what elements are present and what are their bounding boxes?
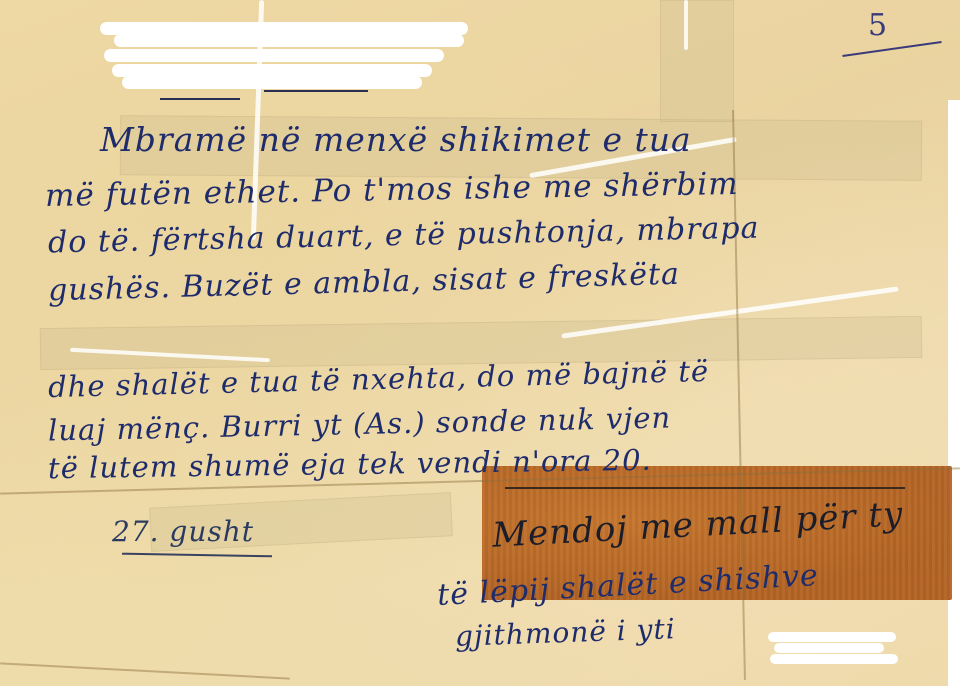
letter-paper: 5 Mbramë në menxë shikimet e tua më futë… xyxy=(0,0,960,686)
date-underline xyxy=(122,553,272,558)
greeting-redaction xyxy=(100,18,470,88)
body-line: gushës. Buzët e ambla, sisat e freskëta xyxy=(48,257,681,309)
greeting-underline xyxy=(264,90,368,92)
body-line: Mbramë në menxë shikimet e tua xyxy=(100,120,692,159)
body-line: do të. fërtsha duart, e të pushtonja, mb… xyxy=(48,211,760,261)
greeting-underline xyxy=(160,98,240,100)
repair-tape xyxy=(660,0,734,122)
separator-line xyxy=(505,487,905,489)
body-line: luaj mënç. Burri yt (As.) sonde nuk vjen xyxy=(48,400,672,447)
page-number: 5 xyxy=(868,8,888,43)
letter-date: 27. gusht xyxy=(112,515,254,548)
page-number-underline xyxy=(842,41,941,57)
closing-line: gjithmonë i yti xyxy=(454,612,676,653)
fold-line xyxy=(0,662,290,679)
signature-redaction xyxy=(768,630,900,670)
paper-crack xyxy=(684,0,688,50)
